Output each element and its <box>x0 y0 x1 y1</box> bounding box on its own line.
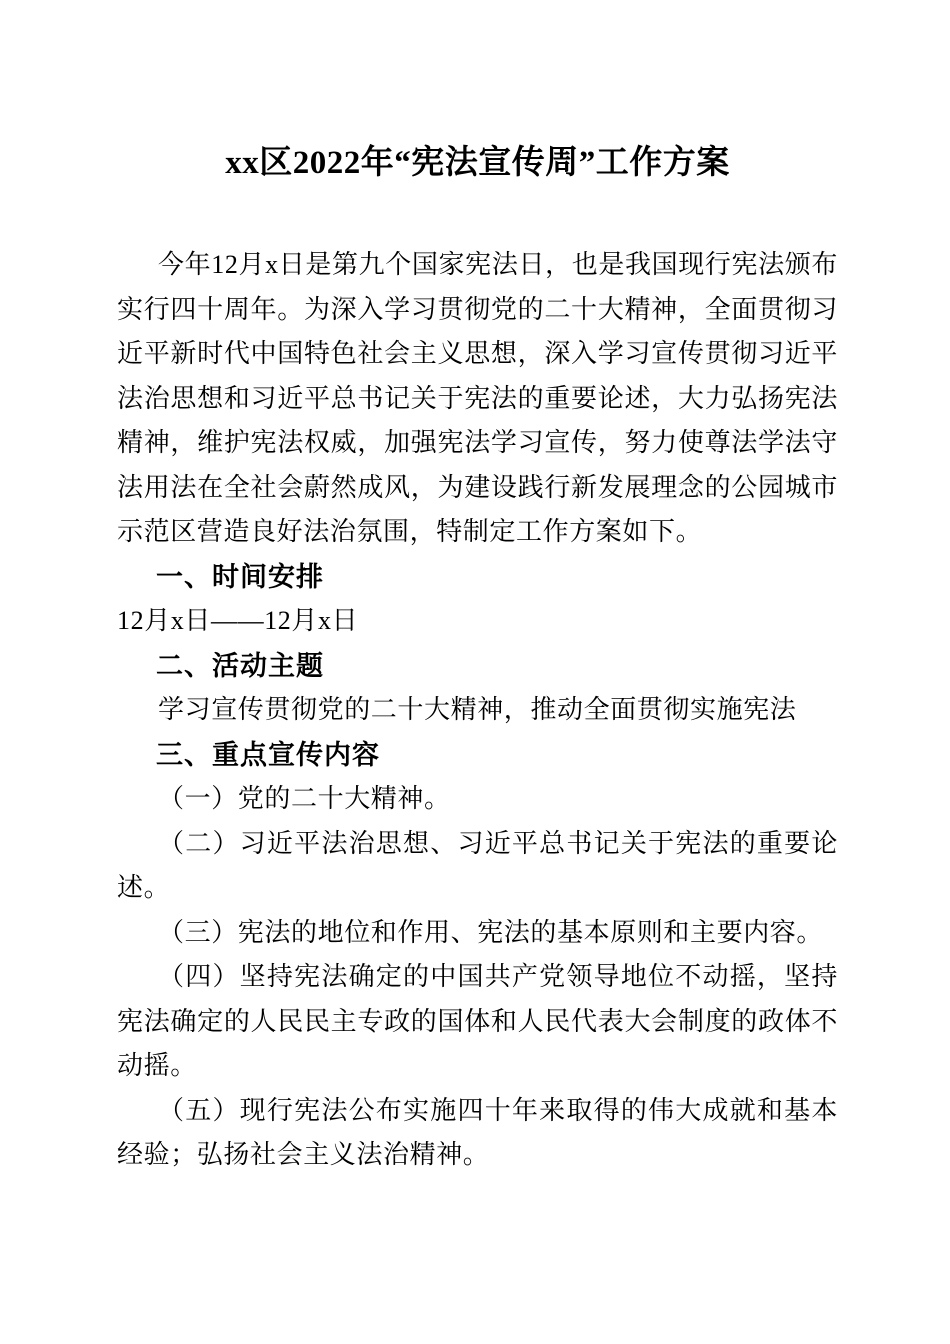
list-item-1: （一）党的二十大精神。 <box>117 777 838 822</box>
section-body-time-range: 12月x日——12月x日 <box>117 599 838 644</box>
section-heading-key-publicity-content: 三、重点宣传内容 <box>117 733 838 778</box>
list-item-3: （三）宪法的地位和作用、宪法的基本原则和主要内容。 <box>117 911 838 956</box>
list-item-4: （四）坚持宪法确定的中国共产党领导地位不动摇，坚持宪法确定的人民民主专政的国体和… <box>117 955 838 1089</box>
document-title: xx区2022年“宪法宣传周”工作方案 <box>117 141 838 185</box>
list-item-5: （五）现行宪法公布实施四十年来取得的伟大成就和基本经验；弘扬社会主义法治精神。 <box>117 1089 838 1178</box>
section-heading-time-arrangement: 一、时间安排 <box>117 555 838 600</box>
section-heading-activity-theme: 二、活动主题 <box>117 644 838 689</box>
document-page: xx区2022年“宪法宣传周”工作方案 今年12月x日是第九个国家宪法日，也是我… <box>0 0 950 1344</box>
list-item-2: （二）习近平法治思想、习近平总书记关于宪法的重要论述。 <box>117 822 838 911</box>
intro-paragraph: 今年12月x日是第九个国家宪法日，也是我国现行宪法颁布实行四十周年。为深入学习贯… <box>117 243 838 555</box>
section-body-activity-theme: 学习宣传贯彻党的二十大精神，推动全面贯彻实施宪法 <box>117 688 838 733</box>
